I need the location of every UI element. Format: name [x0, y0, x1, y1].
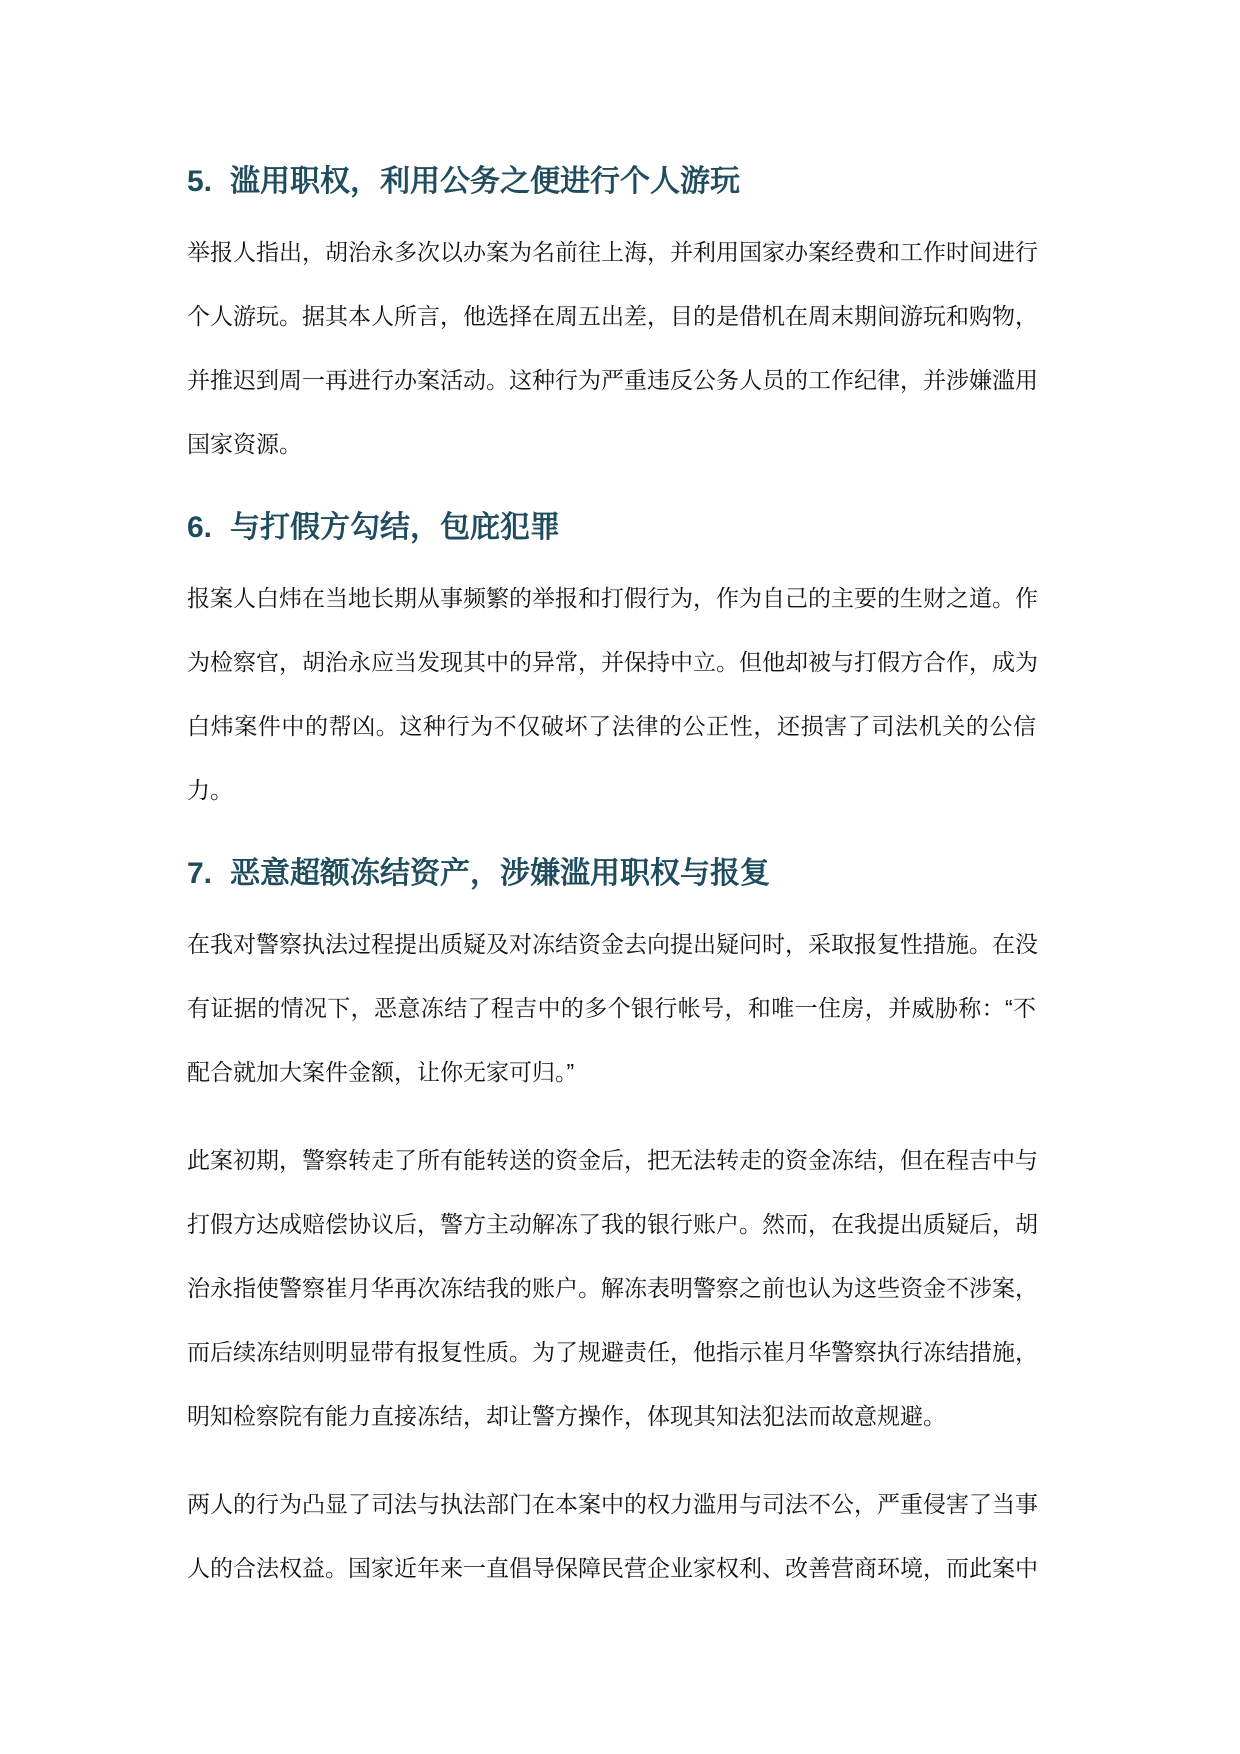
- paragraph: 举报人指出，胡治永多次以办案为名前往上海，并利用国家办案经费和工作时间进行 个人…: [187, 220, 1036, 476]
- text-line: 此案初期，警察转走了所有能转送的资金后，把无法转走的资金冻结，但在程吉中与: [187, 1128, 1036, 1192]
- section-5-heading: 5.滥用职权，利用公务之便进行个人游玩: [187, 160, 1036, 204]
- document-content: 5.滥用职权，利用公务之便进行个人游玩 举报人指出，胡治永多次以办案为名前往上海…: [187, 0, 1036, 1600]
- text-line: 打假方达成赔偿协议后，警方主动解冻了我的银行账户。然而，在我提出质疑后，胡: [187, 1192, 1036, 1256]
- section-6: 6.与打假方勾结，包庇犯罪 报案人白炜在当地长期从事频繁的举报和打假行为，作为自…: [187, 506, 1036, 822]
- paragraph: 两人的行为凸显了司法与执法部门在本案中的权力滥用与司法不公，严重侵害了当事 人的…: [187, 1472, 1036, 1600]
- section-7: 7.恶意超额冻结资产，涉嫌滥用职权与报复 在我对警察执法过程提出质疑及对冻结资金…: [187, 852, 1036, 1600]
- text-line: 治永指使警察崔月华再次冻结我的账户。解冻表明警察之前也认为这些资金不涉案，: [187, 1256, 1036, 1320]
- heading-title: 恶意超额冻结资产，涉嫌滥用职权与报复: [230, 857, 770, 890]
- document-page: 5.滥用职权，利用公务之便进行个人游玩 举报人指出，胡治永多次以办案为名前往上海…: [0, 0, 1240, 1754]
- text-line: 力。: [187, 758, 1036, 822]
- text-line: 而后续冻结则明显带有报复性质。为了规避责任，他指示崔月华警察执行冻结措施，: [187, 1320, 1036, 1384]
- paragraph: 在我对警察执法过程提出质疑及对冻结资金去向提出疑问时，采取报复性措施。在没 有证…: [187, 912, 1036, 1104]
- text-line: 配合就加大案件金额，让你无家可归。”: [187, 1040, 1036, 1104]
- text-line: 个人游玩。据其本人所言，他选择在周五出差，目的是借机在周末期间游玩和购物，: [187, 284, 1036, 348]
- text-line: 报案人白炜在当地长期从事频繁的举报和打假行为，作为自己的主要的生财之道。作: [187, 566, 1036, 630]
- text-line: 两人的行为凸显了司法与执法部门在本案中的权力滥用与司法不公，严重侵害了当事: [187, 1472, 1036, 1536]
- text-line: 有证据的情况下，恶意冻结了程吉中的多个银行帐号，和唯一住房，并威胁称：“不: [187, 976, 1036, 1040]
- heading-number: 7.: [187, 852, 212, 896]
- text-line: 为检察官，胡治永应当发现其中的异常，并保持中立。但他却被与打假方合作，成为: [187, 630, 1036, 694]
- text-line: 人的合法权益。国家近年来一直倡导保障民营企业家权利、改善营商环境，而此案中: [187, 1536, 1036, 1600]
- heading-title: 与打假方勾结，包庇犯罪: [230, 511, 560, 544]
- section-7-heading: 7.恶意超额冻结资产，涉嫌滥用职权与报复: [187, 852, 1036, 896]
- text-line: 举报人指出，胡治永多次以办案为名前往上海，并利用国家办案经费和工作时间进行: [187, 220, 1036, 284]
- text-line: 并推迟到周一再进行办案活动。这种行为严重违反公务人员的工作纪律，并涉嫌滥用: [187, 348, 1036, 412]
- text-line: 国家资源。: [187, 412, 1036, 476]
- text-line: 在我对警察执法过程提出质疑及对冻结资金去向提出疑问时，采取报复性措施。在没: [187, 912, 1036, 976]
- section-6-heading: 6.与打假方勾结，包庇犯罪: [187, 506, 1036, 550]
- paragraph: 报案人白炜在当地长期从事频繁的举报和打假行为，作为自己的主要的生财之道。作 为检…: [187, 566, 1036, 822]
- text-line: 白炜案件中的帮凶。这种行为不仅破坏了法律的公正性，还损害了司法机关的公信: [187, 694, 1036, 758]
- section-5: 5.滥用职权，利用公务之便进行个人游玩 举报人指出，胡治永多次以办案为名前往上海…: [187, 160, 1036, 476]
- heading-number: 6.: [187, 506, 212, 550]
- text-line: 明知检察院有能力直接冻结，却让警方操作，体现其知法犯法而故意规避。: [187, 1384, 1036, 1448]
- paragraph: 此案初期，警察转走了所有能转送的资金后，把无法转走的资金冻结，但在程吉中与 打假…: [187, 1128, 1036, 1448]
- heading-number: 5.: [187, 160, 212, 204]
- heading-title: 滥用职权，利用公务之便进行个人游玩: [230, 165, 740, 198]
